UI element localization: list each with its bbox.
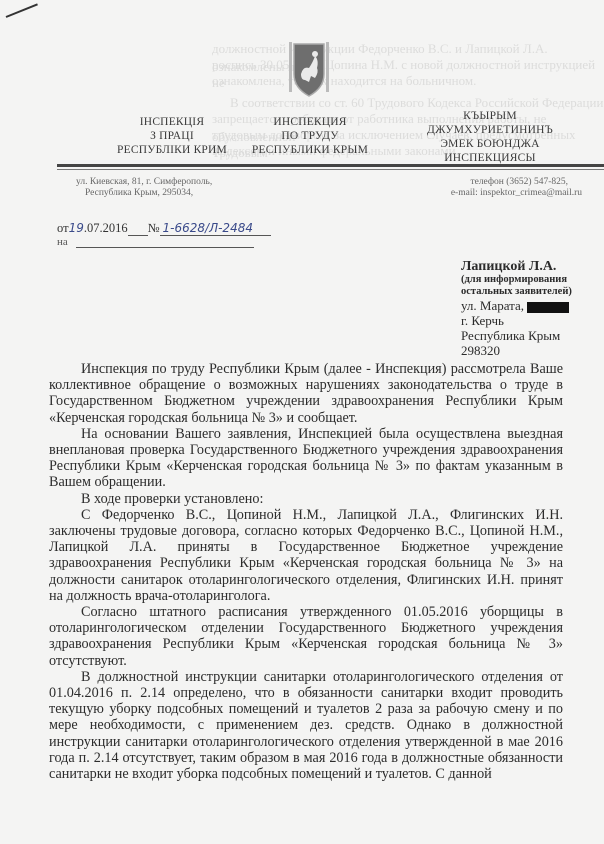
street-text: ул. Марата, bbox=[461, 298, 524, 313]
reference-date-number: от19.07.2016№1-6628/Л-2484 bbox=[57, 221, 271, 236]
coat-of-arms-icon bbox=[289, 40, 329, 100]
letterhead-line: КЪЫРЫМ bbox=[405, 109, 575, 123]
reference-on: на bbox=[57, 236, 254, 248]
recipient-city: г. Керчь bbox=[461, 313, 572, 328]
letterhead-line: ДЖУМХУРИЕТИНИНЪ bbox=[405, 123, 575, 137]
contact-email: e-mail: inspektor_crimea@mail.ru bbox=[440, 188, 582, 199]
recipient-region: Республика Крым bbox=[461, 328, 572, 343]
sender-contacts: телефон (3652) 547-825, e-mail: inspekto… bbox=[440, 177, 582, 199]
pen-mark bbox=[6, 3, 38, 18]
letterhead-line: ЭМЕК БОЮНДЖА bbox=[405, 137, 575, 151]
date-handwritten: 19 bbox=[69, 221, 84, 235]
redaction-bar bbox=[527, 302, 569, 313]
paragraph: Согласно штатного расписания утвержденно… bbox=[49, 604, 563, 669]
date-prefix: от bbox=[57, 221, 69, 235]
letterhead-russian: ИНСПЕКЦИЯ ПО ТРУДУ РЕСПУБЛИКИ КРЫМ bbox=[245, 115, 375, 157]
letterhead-line: ИНСПЕКЦИЯ bbox=[245, 115, 375, 129]
contact-phone: телефон (3652) 547-825, bbox=[440, 177, 582, 188]
letterhead-divider bbox=[57, 164, 604, 167]
ghost-line: ознакомлена, так как находится на больни… bbox=[212, 72, 476, 90]
sender-address: ул. Киевская, 81, г. Симферополь, Респуб… bbox=[76, 177, 212, 199]
letterhead-line: ПО ТРУДУ bbox=[245, 129, 375, 143]
letterhead-ukrainian: ІНСПЕКЦІЯ З ПРАЦІ РЕСПУБЛІКИ КРИМ bbox=[97, 115, 247, 157]
address-region: Республика Крым, 295034, bbox=[76, 188, 212, 199]
recipient-name: Лапицкой Л.А. bbox=[461, 259, 572, 274]
recipient-note: (для информирования bbox=[461, 274, 572, 286]
letter-body: Инспекция по труду Республики Крым (дале… bbox=[49, 361, 563, 782]
recipient-street: ул. Марата, bbox=[461, 298, 572, 313]
on-label: на bbox=[57, 236, 68, 248]
on-blank-line bbox=[76, 247, 254, 248]
paragraph: В ходе проверки установлено: bbox=[49, 491, 563, 507]
date-printed: .07.2016 bbox=[84, 221, 128, 235]
letterhead-crimean-tatar: КЪЫРЫМ ДЖУМХУРИЕТИНИНЪ ЭМЕК БОЮНДЖА ИНСП… bbox=[405, 109, 575, 165]
paragraph: В должностной инструкции санитарки отола… bbox=[49, 669, 563, 782]
letterhead-line: ІНСПЕКЦІЯ bbox=[97, 115, 247, 129]
address-street: ул. Киевская, 81, г. Симферополь, bbox=[76, 177, 212, 188]
paragraph: На основании Вашего заявления, Инспекцие… bbox=[49, 426, 563, 491]
paragraph: Инспекция по труду Республики Крым (дале… bbox=[49, 361, 563, 426]
letterhead-line: РЕСПУБЛІКИ КРИМ bbox=[97, 143, 247, 157]
letterhead-line: РЕСПУБЛИКИ КРЫМ bbox=[245, 143, 375, 157]
letterhead-divider-thin bbox=[57, 169, 604, 170]
letterhead-line: З ПРАЦІ bbox=[97, 129, 247, 143]
recipient-postcode: 298320 bbox=[461, 343, 572, 358]
number-prefix: № bbox=[148, 221, 160, 235]
number-handwritten: 1-6628/Л-2484 bbox=[160, 221, 271, 236]
letterhead-line: ИНСПЕКЦИЯСЫ bbox=[405, 151, 575, 165]
paragraph: С Федорченко В.С., Цопиной Н.М., Лапицко… bbox=[49, 507, 563, 604]
recipient-block: Лапицкой Л.А. (для информирования осталь… bbox=[461, 259, 572, 358]
recipient-note: остальных заявителей) bbox=[461, 286, 572, 298]
